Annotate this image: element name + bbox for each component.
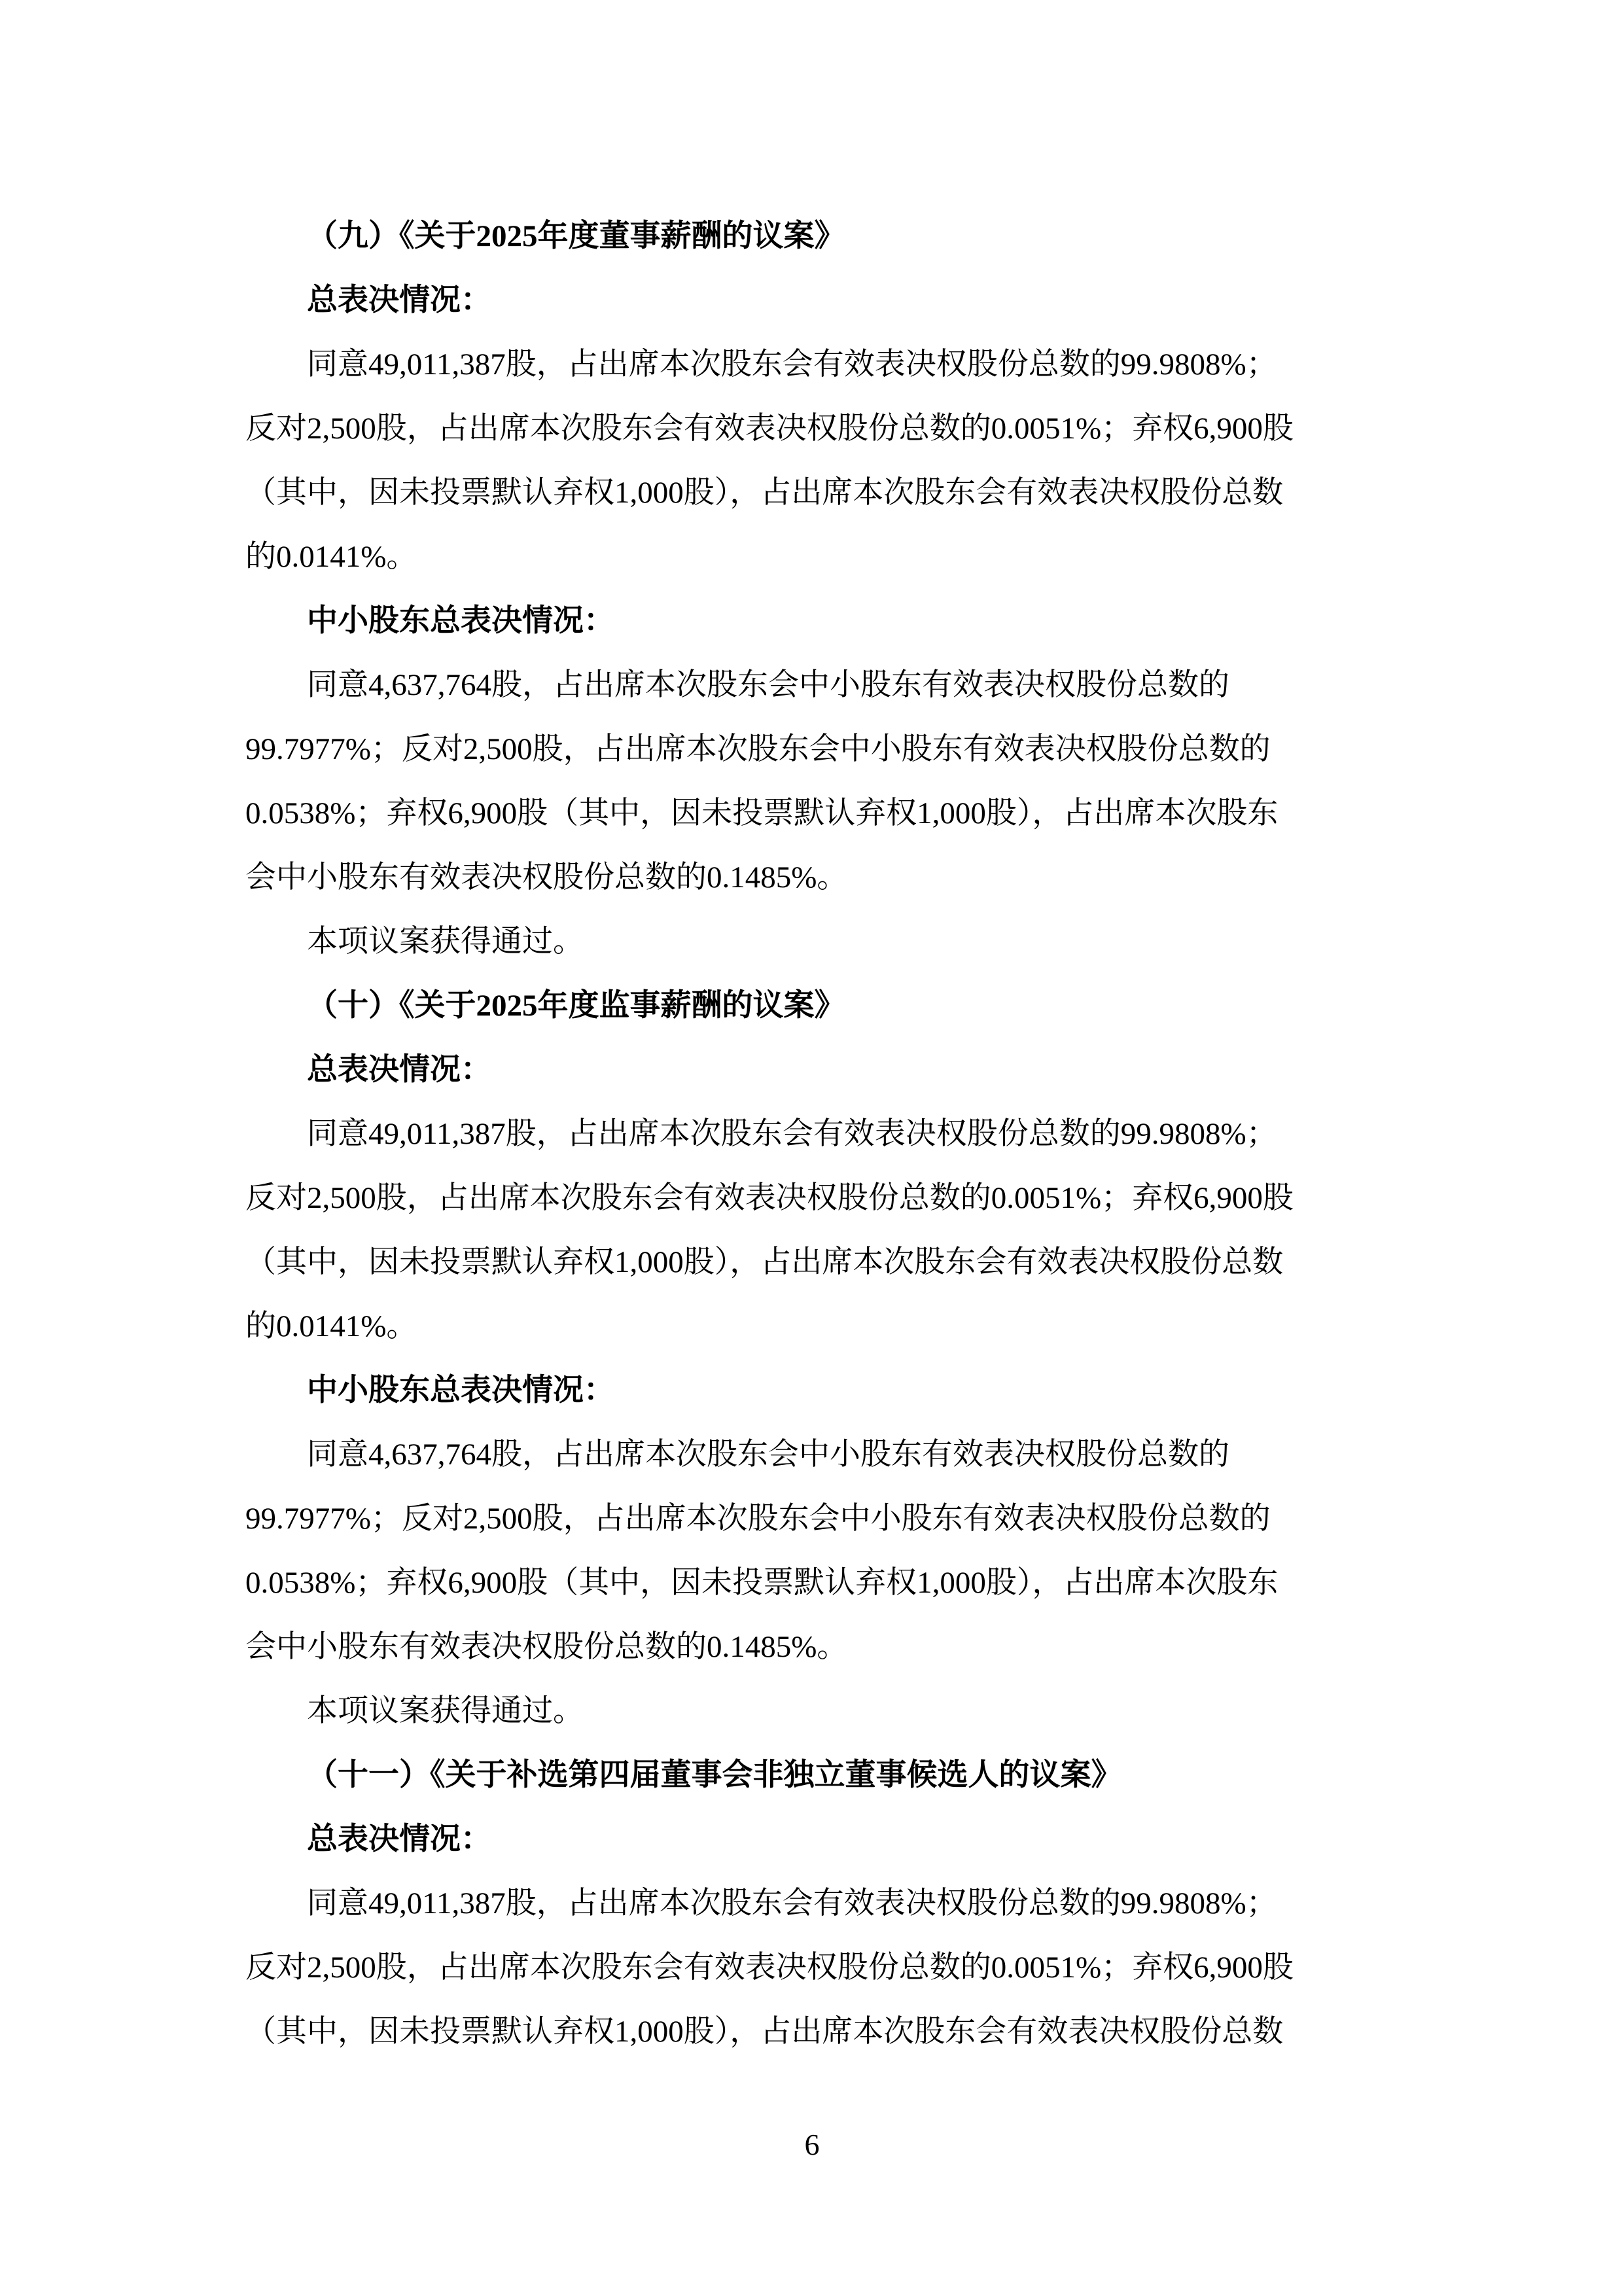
document-body: （九）《关于2025年度董事薪酬的议案》 总表决情况： 同意49,011,387…	[245, 204, 1368, 2064]
section-10-total-vote-paragraph: 同意49,011,387股，占出席本次股东会有效表决权股份总数的99.9808%…	[245, 1102, 1368, 1358]
section-11-heading: （十一）《关于补选第四届董事会非独立董事候选人的议案》	[245, 1743, 1368, 1807]
section-10-minority-vote-paragraph: 同意4,637,764股，占出席本次股东会中小股东有效表决权股份总数的 99.7…	[245, 1422, 1368, 1679]
document-page: （九）《关于2025年度董事薪酬的议案》 总表决情况： 同意49,011,387…	[0, 0, 1624, 2296]
section-9-result: 本项议案获得通过。	[245, 910, 1368, 974]
section-9-minority-vote-label: 中小股东总表决情况：	[245, 589, 1368, 653]
section-9-heading: （九）《关于2025年度董事薪酬的议案》	[245, 204, 1368, 268]
section-9-total-vote-paragraph: 同意49,011,387股，占出席本次股东会有效表决权股份总数的99.9808%…	[245, 332, 1368, 589]
section-10-minority-vote-label: 中小股东总表决情况：	[245, 1358, 1368, 1422]
page-number: 6	[805, 2128, 820, 2161]
section-9-minority-vote-paragraph: 同意4,637,764股，占出席本次股东会中小股东有效表决权股份总数的 99.7…	[245, 653, 1368, 910]
section-10-result: 本项议案获得通过。	[245, 1679, 1368, 1743]
section-10-total-vote-label: 总表决情况：	[245, 1038, 1368, 1102]
page-footer: 6	[0, 2125, 1624, 2164]
section-10-heading: （十）《关于2025年度监事薪酬的议案》	[245, 974, 1368, 1038]
section-9-total-vote-label: 总表决情况：	[245, 268, 1368, 332]
section-11-total-vote-paragraph: 同意49,011,387股，占出席本次股东会有效表决权股份总数的99.9808%…	[245, 1871, 1368, 2064]
section-11-total-vote-label: 总表决情况：	[245, 1807, 1368, 1871]
